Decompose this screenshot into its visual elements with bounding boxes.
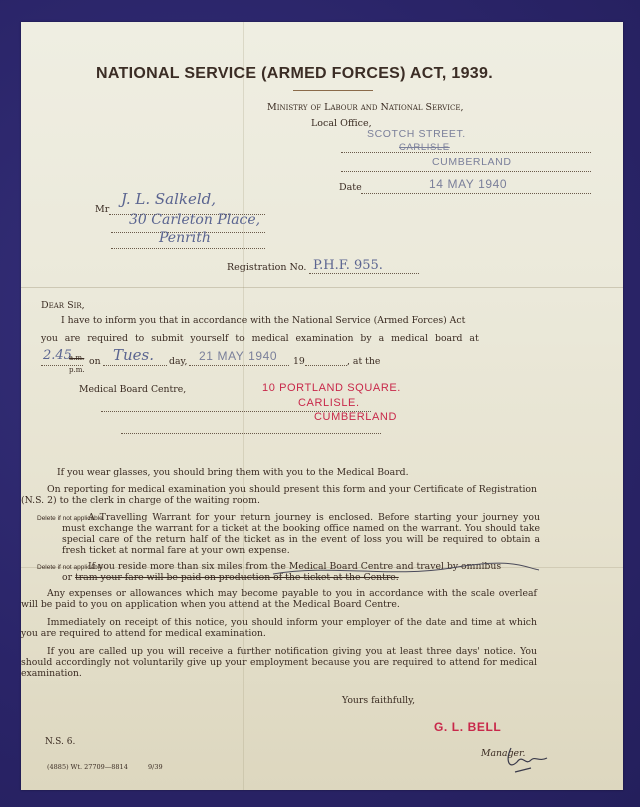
paragraph-reporting: On reporting for medical examination you… xyxy=(21,484,537,506)
paragraph-called-up: If you are called up you will receive a … xyxy=(21,646,537,679)
at-the-label: , at the xyxy=(347,356,380,367)
medical-board-stamp-line2: CARLISLE. xyxy=(298,397,360,409)
print-date: 9/39 xyxy=(148,762,163,773)
day-label: day, xyxy=(169,356,187,367)
dotted-line xyxy=(341,152,591,153)
dotted-line xyxy=(111,248,265,249)
dotted-line xyxy=(103,365,167,366)
pen-underline-mark xyxy=(271,560,541,580)
registration-number: P.H.F. 955. xyxy=(313,258,383,273)
exam-date-stamp: 21 MAY 1940 xyxy=(199,349,277,363)
paragraph-expenses: Any expenses or allowances which may bec… xyxy=(21,588,537,610)
date-label: Date xyxy=(339,182,362,193)
local-office-stamp-line2: CARLISLE xyxy=(399,142,450,153)
exam-day: Tues. xyxy=(113,346,154,364)
dotted-line xyxy=(189,365,289,366)
intro-line-1: I have to inform you that in accordance … xyxy=(61,315,465,326)
title-rule xyxy=(293,90,373,91)
salutation: Dear Sir, xyxy=(41,300,85,311)
registration-label: Registration No. xyxy=(227,262,306,273)
local-office-stamp-line3: CUMBERLAND xyxy=(432,156,512,168)
addressee-name: J. L. Salkeld, xyxy=(121,190,216,208)
dotted-line xyxy=(309,273,419,274)
am-label: a.m. xyxy=(69,353,84,364)
signature-scribble xyxy=(501,740,551,776)
dotted-line xyxy=(341,171,591,172)
dotted-line xyxy=(121,433,381,434)
medical-board-stamp-line1: 10 PORTLAND SQUARE. xyxy=(262,382,401,394)
local-office-label: Local Office, xyxy=(311,118,372,129)
paragraph-inform-employer: Immediately on receipt of this notice, y… xyxy=(21,617,537,639)
intro-line-2: you are required to submit yourself to m… xyxy=(41,333,479,344)
paragraph-glasses: If you wear glasses, you should bring th… xyxy=(31,467,537,478)
notice-document: NATIONAL SERVICE (ARMED FORCES) ACT, 193… xyxy=(21,22,623,790)
paragraph-reside-or: or xyxy=(62,572,72,583)
on-label: on xyxy=(89,356,101,367)
addressee-label: Mr xyxy=(95,204,109,215)
pm-label: p.m. xyxy=(69,365,85,376)
addressee-town: Penrith xyxy=(159,230,211,246)
signatory-stamp: G. L. BELL xyxy=(434,720,501,734)
form-number: N.S. 6. xyxy=(45,737,75,748)
dotted-line xyxy=(361,193,591,194)
print-code: (4885) Wt. 27709—8814 xyxy=(47,762,128,773)
medical-board-stamp-line3: CUMBERLAND xyxy=(314,411,397,423)
local-office-stamp-line1: SCOTCH STREET. xyxy=(367,128,466,140)
document-title: NATIONAL SERVICE (ARMED FORCES) ACT, 193… xyxy=(96,65,493,83)
dotted-line xyxy=(305,365,347,366)
closing: Yours faithfully, xyxy=(342,695,415,706)
ministry-heading: Ministry of Labour and National Service, xyxy=(267,102,464,113)
exam-time: 2.45 xyxy=(43,348,72,363)
date-stamp: 14 MAY 1940 xyxy=(429,177,507,191)
addressee-street: 30 Carleton Place, xyxy=(129,212,260,228)
paper-fold xyxy=(21,287,623,288)
medical-board-label: Medical Board Centre, xyxy=(79,384,186,395)
year-label: 19 xyxy=(293,356,305,367)
paragraph-warrant: A Travelling Warrant for your return jou… xyxy=(62,512,540,556)
